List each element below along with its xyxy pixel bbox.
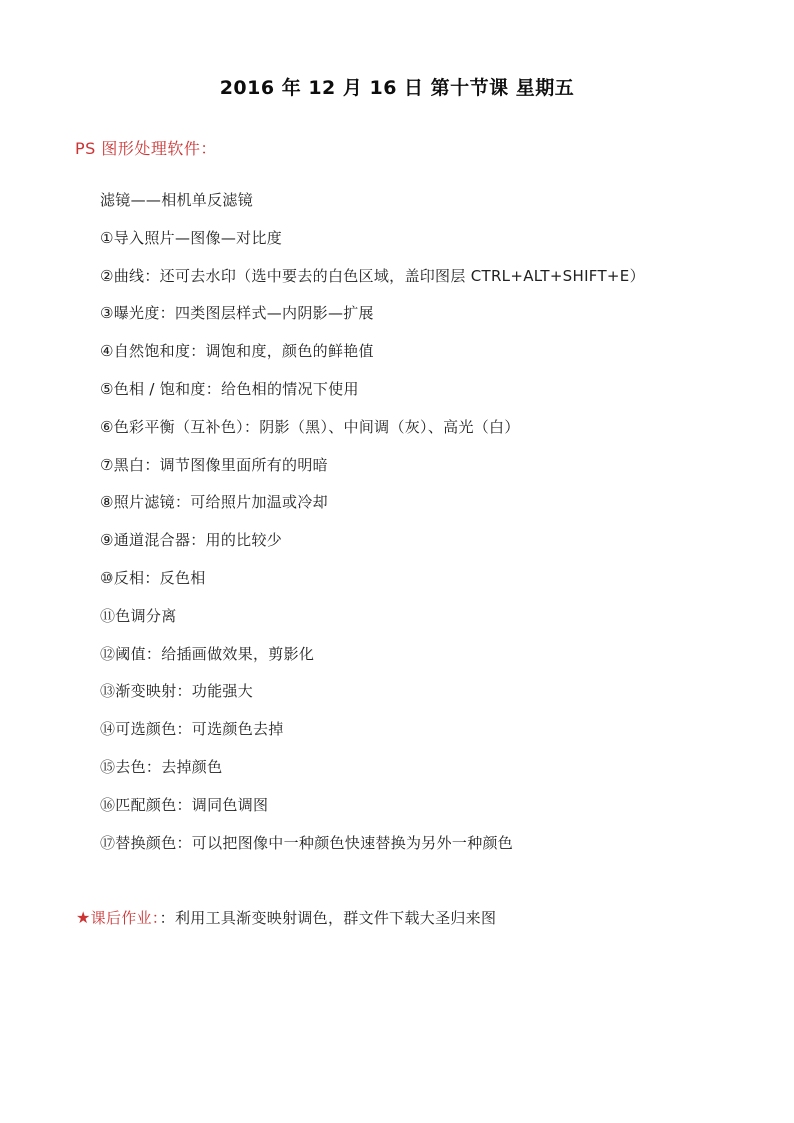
homework-text: ：利用工具渐变映射调色，群文件下载大圣归来图 xyxy=(160,909,497,927)
note-line-3: ③曝光度：四类图层样式—内阴影—扩展 xyxy=(100,295,734,333)
note-line-16: ⑯匹配颜色：调同色调图 xyxy=(100,787,734,825)
note-line-13: ⑬渐变映射：功能强大 xyxy=(100,673,734,711)
note-line-11: ⑪色调分离 xyxy=(100,598,734,636)
note-line-10: ⑩反相：反色相 xyxy=(100,560,734,598)
note-line-filter: 滤镜——相机单反滤镜 xyxy=(100,182,734,220)
star-icon: ★ xyxy=(76,908,91,927)
document-page: 2016 年 12 月 16 日 第十节课 星期五 PS 图形处理软件： 滤镜—… xyxy=(0,0,794,1123)
homework-label: 课后作业： xyxy=(91,909,160,927)
note-line-14: ⑭可选颜色：可选颜色去掉 xyxy=(100,711,734,749)
note-line-15: ⑮去色：去掉颜色 xyxy=(100,749,734,787)
homework-line: ★课后作业：：利用工具渐变映射调色，群文件下载大圣归来图 xyxy=(76,906,496,930)
note-line-4: ④自然饱和度：调饱和度，颜色的鲜艳值 xyxy=(100,333,734,371)
note-line-2: ②曲线：还可去水印（选中要去的白色区域，盖印图层 CTRL+ALT+SHIFT+… xyxy=(100,258,734,296)
note-line-9: ⑨通道混合器：用的比较少 xyxy=(100,522,734,560)
note-line-17: ⑰替换颜色：可以把图像中一种颜色快速替换为另外一种颜色 xyxy=(100,825,734,863)
note-line-6: ⑥色彩平衡（互补色）：阴影（黑）、中间调（灰）、高光（白） xyxy=(100,409,734,447)
note-line-1: ①导入照片—图像—对比度 xyxy=(100,220,734,258)
section-heading: PS 图形处理软件： xyxy=(0,137,794,160)
note-line-8: ⑧照片滤镜：可给照片加温或冷却 xyxy=(100,484,734,522)
note-line-7: ⑦黑白：调节图像里面所有的明暗 xyxy=(100,447,734,485)
notes-list: 滤镜——相机单反滤镜 ①导入照片—图像—对比度 ②曲线：还可去水印（选中要去的白… xyxy=(0,182,794,862)
note-line-5: ⑤色相 / 饱和度：给色相的情况下使用 xyxy=(100,371,734,409)
page-title: 2016 年 12 月 16 日 第十节课 星期五 xyxy=(0,0,794,100)
note-line-12: ⑫阈值：给插画做效果，剪影化 xyxy=(100,636,734,674)
